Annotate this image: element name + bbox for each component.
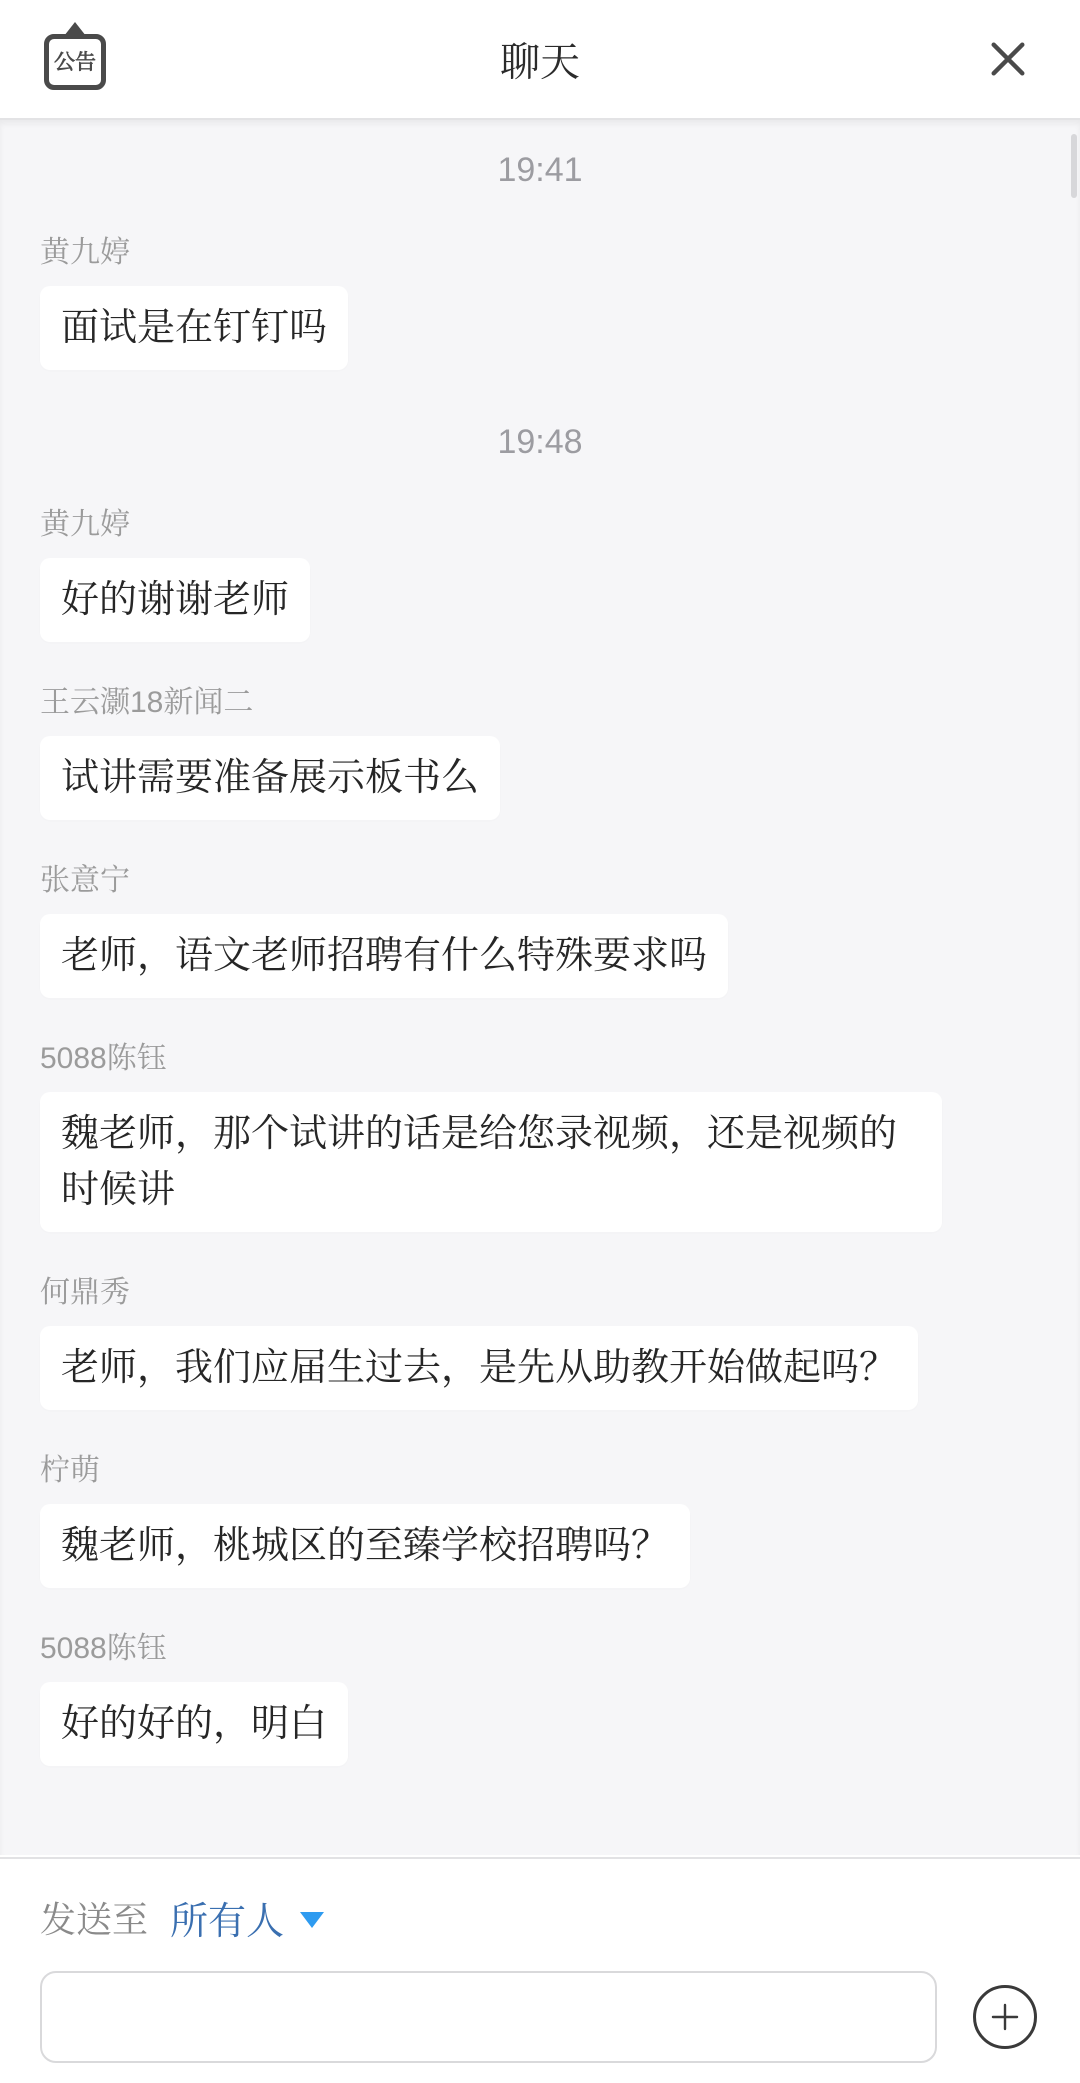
message-bubble: 魏老师，那个试讲的话是给您录视频，还是视频的时候讲 xyxy=(40,1092,942,1232)
sender-name: 柠萌 xyxy=(40,1454,1040,1488)
announcement-label: 公告 xyxy=(54,52,96,73)
plus-icon xyxy=(988,2000,1022,2034)
send-to-label: 发送至 xyxy=(40,1892,148,1943)
chat-message: 5088陈钰 好的好的，明白 xyxy=(40,1632,1040,1766)
chat-area: 19:41 黄九婷 面试是在钉钉吗 19:48 黄九婷 好的谢谢老师 王云灏18… xyxy=(0,118,1080,1855)
message-bubble: 面试是在钉钉吗 xyxy=(40,286,348,370)
send-to-row: 发送至 所有人 xyxy=(40,1893,1037,1941)
time-divider: 19:48 xyxy=(40,420,1040,464)
sender-name: 5088陈钰 xyxy=(40,1632,1040,1666)
audience-selector[interactable]: 所有人 xyxy=(170,1890,324,1945)
close-icon xyxy=(986,37,1030,81)
message-input[interactable] xyxy=(40,1971,937,2063)
chat-message: 黄九婷 好的谢谢老师 xyxy=(40,508,1040,642)
sender-name: 黄九婷 xyxy=(40,508,1040,542)
composer: 发送至 所有人 xyxy=(0,1857,1080,2083)
message-bubble: 老师，语文老师招聘有什么特殊要求吗 xyxy=(40,914,728,998)
sender-name: 黄九婷 xyxy=(40,236,1040,270)
message-bubble: 老师，我们应届生过去，是先从助教开始做起吗？ xyxy=(40,1326,918,1410)
announcement-board-icon xyxy=(64,22,86,36)
input-row xyxy=(40,1971,1037,2063)
time-divider: 19:41 xyxy=(40,148,1040,192)
scrollbar-thumb[interactable] xyxy=(1071,134,1077,198)
timestamp: 19:41 xyxy=(497,151,582,189)
chat-message: 5088陈钰 魏老师，那个试讲的话是给您录视频，还是视频的时候讲 xyxy=(40,1042,1040,1232)
caret-down-icon xyxy=(300,1912,324,1928)
attach-button[interactable] xyxy=(973,1985,1037,2049)
close-button[interactable] xyxy=(980,31,1036,87)
message-bubble: 魏老师，桃城区的至臻学校招聘吗？ xyxy=(40,1504,690,1588)
chat-message: 张意宁 老师，语文老师招聘有什么特殊要求吗 xyxy=(40,864,1040,998)
sender-name: 5088陈钰 xyxy=(40,1042,1040,1076)
chat-message: 黄九婷 面试是在钉钉吗 xyxy=(40,236,1040,370)
sender-name: 何鼎秀 xyxy=(40,1276,1040,1310)
message-bubble: 好的谢谢老师 xyxy=(40,558,310,642)
message-bubble: 试讲需要准备展示板书么 xyxy=(40,736,500,820)
chat-message: 王云灏18新闻二 试讲需要准备展示板书么 xyxy=(40,686,1040,820)
chat-message: 柠萌 魏老师，桃城区的至臻学校招聘吗？ xyxy=(40,1454,1040,1588)
sender-name: 王云灏18新闻二 xyxy=(40,686,1040,720)
sender-name: 张意宁 xyxy=(40,864,1040,898)
message-list: 19:41 黄九婷 面试是在钉钉吗 19:48 黄九婷 好的谢谢老师 王云灏18… xyxy=(40,148,1040,1766)
message-bubble: 好的好的，明白 xyxy=(40,1682,348,1766)
page-title: 聊天 xyxy=(500,31,580,88)
timestamp: 19:48 xyxy=(497,423,582,461)
chat-message: 何鼎秀 老师，我们应届生过去，是先从助教开始做起吗？ xyxy=(40,1276,1040,1410)
chat-header: 公告 聊天 xyxy=(0,0,1080,118)
announcement-button[interactable]: 公告 xyxy=(44,34,106,90)
audience-selected-value: 所有人 xyxy=(170,1890,284,1945)
